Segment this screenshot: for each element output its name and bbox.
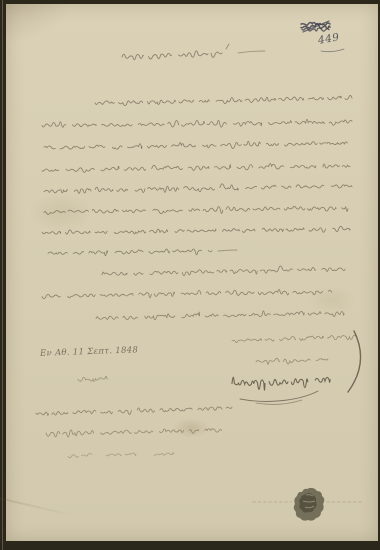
script-line-salutation xyxy=(122,51,222,60)
script-line-addr-l3b xyxy=(106,453,136,456)
script-line-p1-l3 xyxy=(44,141,347,149)
script-line-p1-l5 xyxy=(44,184,352,194)
script-line-signature xyxy=(232,377,330,390)
embossed-seal-icon xyxy=(294,488,325,521)
scanned-letter-page: 449 Εν Αθ. 11 Σεπτ. 1848 xyxy=(0,0,380,550)
script-line-registry-mark xyxy=(78,376,107,381)
stroke-p1-l8-dash xyxy=(218,250,237,251)
script-line-valediction xyxy=(256,358,328,364)
script-line-addr-l3c xyxy=(154,452,174,455)
stroke-salutation-apostrophe xyxy=(226,44,229,49)
script-line-p1-l1 xyxy=(95,95,352,105)
script-line-p1-l6 xyxy=(44,206,348,214)
script-line-p2-l1 xyxy=(102,266,345,276)
stroke-sig-underline xyxy=(240,391,318,401)
script-line-closing xyxy=(232,335,356,342)
stroke-number-underline xyxy=(321,49,344,52)
script-line-addr-l2 xyxy=(46,429,222,437)
stroke-sig-downstroke xyxy=(348,331,360,392)
script-line-p2-l3 xyxy=(96,311,344,320)
script-line-addr-l1 xyxy=(36,407,232,416)
script-line-p1-l2 xyxy=(42,119,352,127)
script-line-addr-l3a xyxy=(68,453,92,457)
script-line-p1-l4 xyxy=(42,164,350,173)
script-line-p1-l7 xyxy=(42,226,350,234)
script-line-p2-l2 xyxy=(42,289,332,298)
handwriting-layer xyxy=(0,0,380,550)
script-line-p1-l8 xyxy=(48,249,212,256)
stroke-salutation-dash xyxy=(238,51,265,53)
